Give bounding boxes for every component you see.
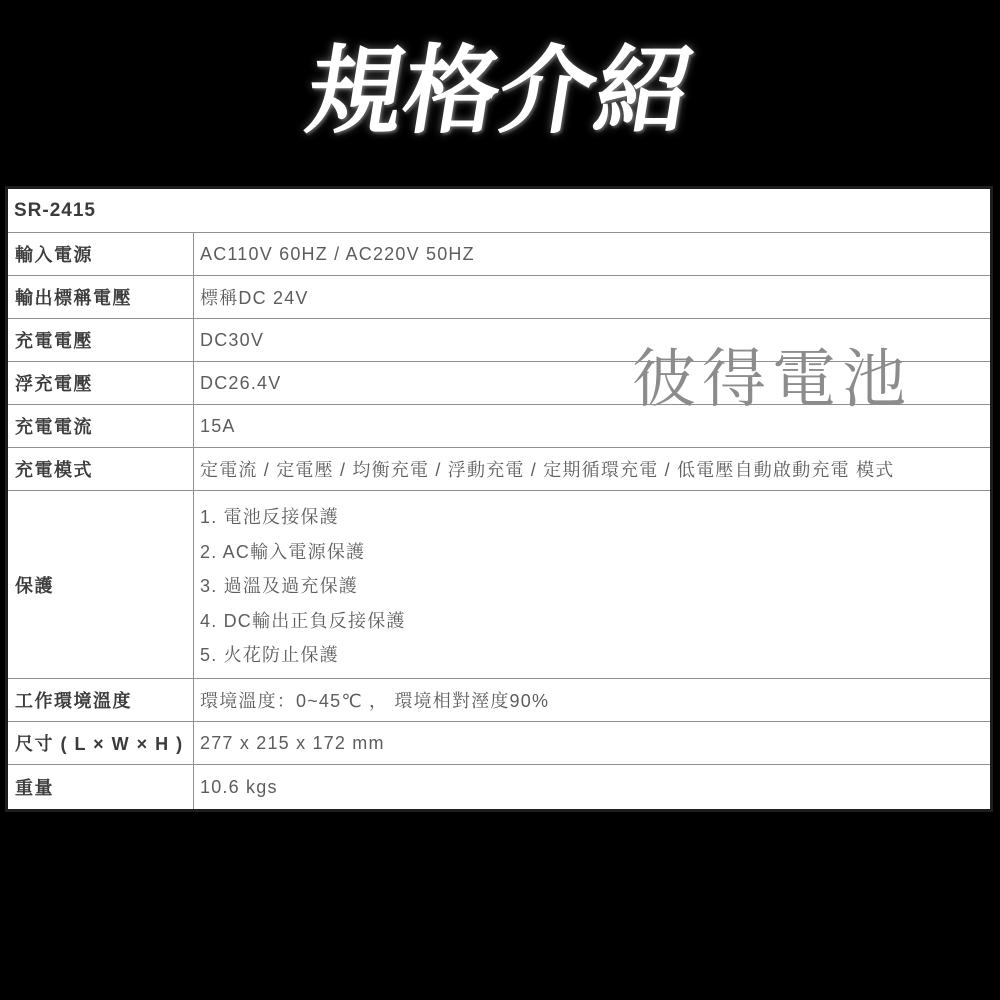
table-row: 重量 10.6 kgs bbox=[8, 765, 990, 809]
spec-label: 充電電壓 bbox=[8, 319, 194, 361]
spec-label: 工作環境溫度 bbox=[8, 679, 194, 721]
table-row: 尺寸 ( L × W × H ) 277 x 215 x 172 mm bbox=[8, 722, 990, 765]
protection-item: 2. AC輸入電源保護 bbox=[200, 535, 990, 570]
table-row: 輸出標稱電壓 標稱DC 24V bbox=[8, 276, 990, 319]
spec-table: SR-2415 輸入電源 AC110V 60HZ / AC220V 50HZ 輸… bbox=[5, 186, 993, 812]
spec-label: 輸入電源 bbox=[8, 233, 194, 275]
spec-label: 重量 bbox=[8, 765, 194, 809]
protection-item: 5. 火花防止保護 bbox=[200, 638, 990, 673]
spec-value: 定電流 / 定電壓 / 均衡充電 / 浮動充電 / 定期循環充電 / 低電壓自動… bbox=[194, 448, 990, 490]
protection-item: 3. 過溫及過充保護 bbox=[200, 569, 990, 604]
title-banner: 規格介紹 bbox=[0, 0, 1000, 186]
protection-item: 4. DC輸出正負反接保護 bbox=[200, 604, 990, 639]
spec-label: 充電模式 bbox=[8, 448, 194, 490]
spec-label: 浮充電壓 bbox=[8, 362, 194, 404]
spec-label: 尺寸 ( L × W × H ) bbox=[8, 722, 194, 764]
spec-value: 標稱DC 24V bbox=[194, 276, 990, 318]
spec-label: 輸出標稱電壓 bbox=[8, 276, 194, 318]
table-row: 充電模式 定電流 / 定電壓 / 均衡充電 / 浮動充電 / 定期循環充電 / … bbox=[8, 448, 990, 491]
watermark: 彼得電池 bbox=[632, 347, 912, 411]
spec-value-list: 1. 電池反接保護 2. AC輸入電源保護 3. 過溫及過充保護 4. DC輸出… bbox=[194, 491, 990, 678]
spec-value: 10.6 kgs bbox=[194, 765, 990, 809]
page-title: 規格介紹 bbox=[0, 44, 1000, 140]
model-number: SR-2415 bbox=[8, 189, 990, 232]
table-row-model: SR-2415 bbox=[8, 189, 990, 233]
protection-item: 1. 電池反接保護 bbox=[200, 500, 990, 535]
table-row-protection: 保護 1. 電池反接保護 2. AC輸入電源保護 3. 過溫及過充保護 4. D… bbox=[8, 491, 990, 679]
spec-value: AC110V 60HZ / AC220V 50HZ bbox=[194, 233, 990, 275]
table-row: 工作環境溫度 環境溫度：0~45℃ ， 環境相對溼度90% bbox=[8, 679, 990, 722]
spec-value: 277 x 215 x 172 mm bbox=[194, 722, 990, 764]
spec-label: 充電電流 bbox=[8, 405, 194, 447]
spec-label: 保護 bbox=[8, 491, 194, 678]
table-row: 輸入電源 AC110V 60HZ / AC220V 50HZ bbox=[8, 233, 990, 276]
spec-value: 環境溫度：0~45℃ ， 環境相對溼度90% bbox=[194, 679, 990, 721]
